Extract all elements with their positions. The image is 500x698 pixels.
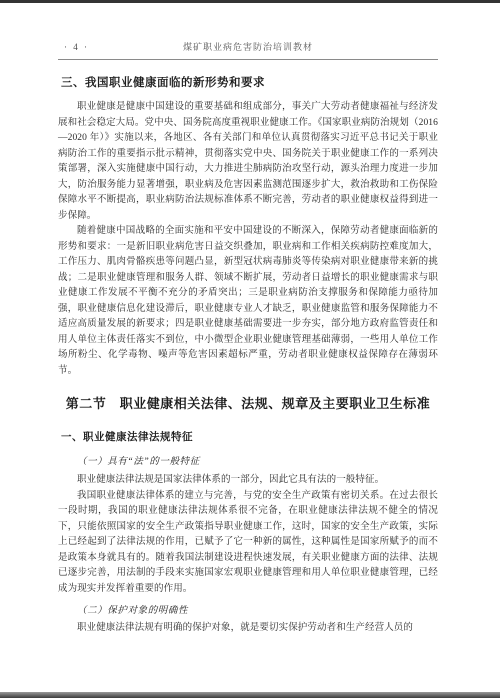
subheading-protected-objects: （二）保护对象的明确性 bbox=[58, 604, 438, 618]
running-title: 煤矿职业病危害防治培训教材 bbox=[58, 41, 438, 53]
paragraph-protected-objects: 职业健康法律法规有明确的保护对象，就是要切实保护劳动者和生产经营人员的 bbox=[58, 621, 438, 637]
book-page: · 4 · 煤矿职业病危害防治培训教材 三、我国职业健康面临的新形势和要求 职业… bbox=[0, 0, 500, 698]
subheading-general-law-features: （一）具有“法”的一般特征 bbox=[58, 455, 438, 469]
page-content: · 4 · 煤矿职业病危害防治培训教材 三、我国职业健康面临的新形势和要求 职业… bbox=[58, 0, 438, 637]
scan-edge-bottom bbox=[0, 692, 500, 698]
page-header: · 4 · 煤矿职业病危害防治培训教材 bbox=[58, 41, 438, 54]
paragraph-overview: 职业健康是健康中国建设的重要基础和组成部分，事关广大劳动者健康福祉与经济发展和社… bbox=[58, 100, 438, 224]
paragraph-part-of-law: 职业健康法律法规是国家法律体系的一部分，因此它具有法的一般特征。 bbox=[58, 473, 438, 489]
heading-legal-features: 一、职业健康法律法规特征 bbox=[58, 430, 438, 444]
paragraph-history: 我国职业健康法律体系的建立与完善，与党的安全生产政策有密切关系。在过去很长一段时… bbox=[58, 489, 438, 598]
section-title: 第二节 职业健康相关法律、法规、规章及主要职业卫生标准 bbox=[58, 395, 438, 413]
paragraph-challenges: 随着健康中国战略的全面实施和平安中国建设的不断深入，保障劳动者健康面临新的形势和… bbox=[58, 224, 438, 379]
scan-edge-top bbox=[0, 0, 500, 3]
heading-new-situation: 三、我国职业健康面临的新形势和要求 bbox=[58, 75, 438, 91]
header-rule bbox=[58, 59, 438, 60]
